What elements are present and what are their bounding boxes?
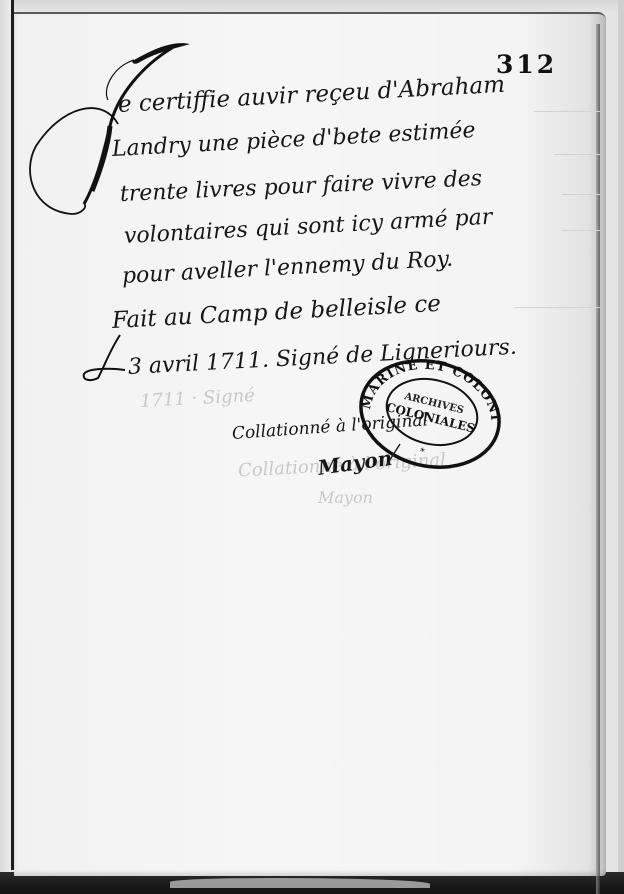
ruling-line bbox=[562, 194, 600, 195]
ruling-line bbox=[534, 111, 600, 112]
archive-stamp: MARINE ET COLONIES ARCHIVES COLONIALES * bbox=[356, 358, 504, 470]
bleed-through-signature: Mayon bbox=[318, 488, 373, 507]
paper-scrap bbox=[170, 878, 430, 888]
right-margin-strip bbox=[618, 0, 624, 894]
stamp-star-icon: * bbox=[418, 446, 426, 458]
flourish-f-icon bbox=[80, 330, 140, 390]
document-scan: 312 e certiffie auvir reçeu d'Abraham La… bbox=[0, 0, 624, 894]
folio-number: 312 bbox=[496, 50, 557, 79]
ruling-line bbox=[562, 230, 600, 231]
ruling-line bbox=[554, 154, 600, 155]
ruling-line bbox=[514, 307, 600, 308]
adjacent-page-edge bbox=[0, 0, 11, 894]
